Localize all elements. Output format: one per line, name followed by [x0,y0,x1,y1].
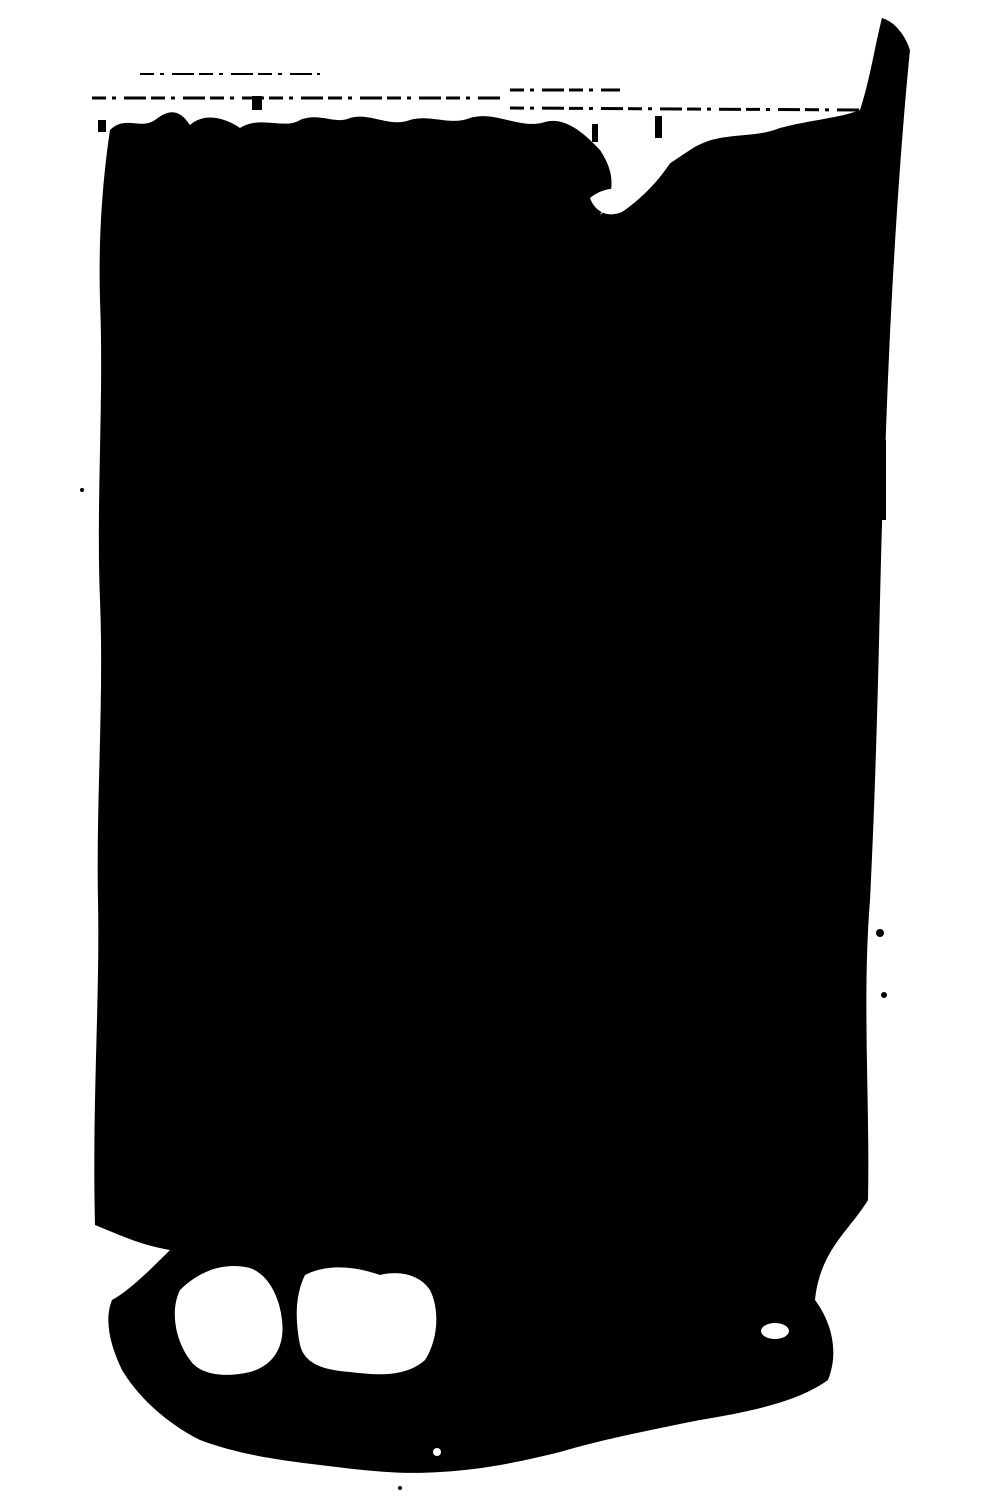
ink-block-main [94,18,910,1473]
ink-texture [0,0,1000,1500]
